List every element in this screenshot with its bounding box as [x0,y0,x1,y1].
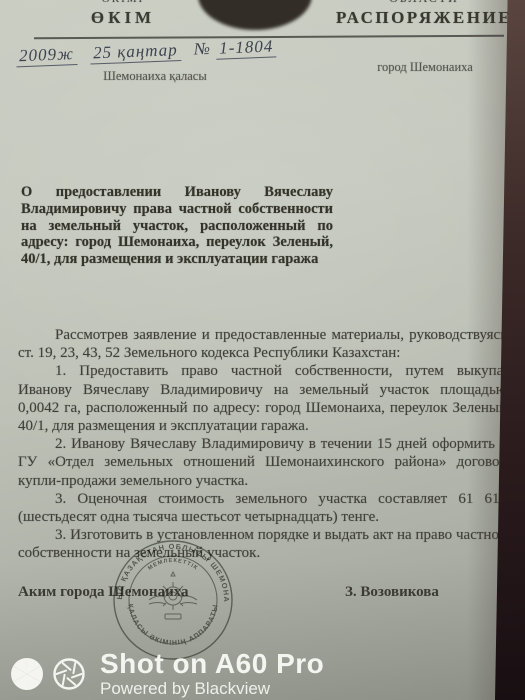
signatory-name: З. Возовикова [345,584,439,601]
number-sign: № [194,39,212,59]
document-paragraph: 1. Предоставить право частной собственно… [18,362,507,435]
handwritten-year: 2009ж [16,44,78,67]
watermark-title: Shot on A60 Pro [100,650,324,678]
watermark-text: Shot on A60 Pro Powered by Blackview [100,650,324,697]
document-paragraph: Рассмотрев заявление и предоставленные м… [18,326,507,362]
document-subject: О предоставлении Иванову Вячеславу Влади… [21,184,333,268]
letterhead-kazakh-tail: ӘКІМІ [58,0,188,5]
handwritten-dateline: 2009ж 25 қаңтар № 1-1804 [16,36,297,67]
kazakhstan-emblem-icon [149,572,197,619]
document-photo: ӘКІМІ ӨКІМ ОБЛАСТИ РАСПОРЯЖЕНИЕ 2009ж 25… [0,0,525,700]
official-seal: ШЫҒЫС ҚАЗАҚСТАН ОБЛЫСЫ ШЕМОНАИХА ҚАЛАСЫ … [111,538,235,662]
emblem-stamp-cutoff [198,0,312,30]
document-paragraph: 2. Иванову Вячеславу Владимировичу в теч… [18,435,507,490]
aperture-outline-icon [51,656,87,692]
document-body: Рассмотрев заявление и предоставленные м… [18,326,507,563]
handwritten-number: 1-1804 [216,36,277,59]
handwritten-date: 25 қаңтар [90,40,181,64]
aperture-solid-icon [10,657,44,691]
document-paragraph: 3. Оценочная стоимость земельного участк… [18,490,507,526]
document-paragraph: 3. Изготовить в установленном порядке и … [18,526,507,562]
document-type-kazakh: ӨКІМ [58,8,188,28]
letterhead-kazakh: ӘКІМІ ӨКІМ [58,0,188,28]
camera-watermark: Shot on A60 Pro Powered by Blackview [10,650,324,697]
place-kazakh: Шемонаиха қаласы [55,69,255,84]
watermark-subtitle: Powered by Blackview [100,680,324,697]
